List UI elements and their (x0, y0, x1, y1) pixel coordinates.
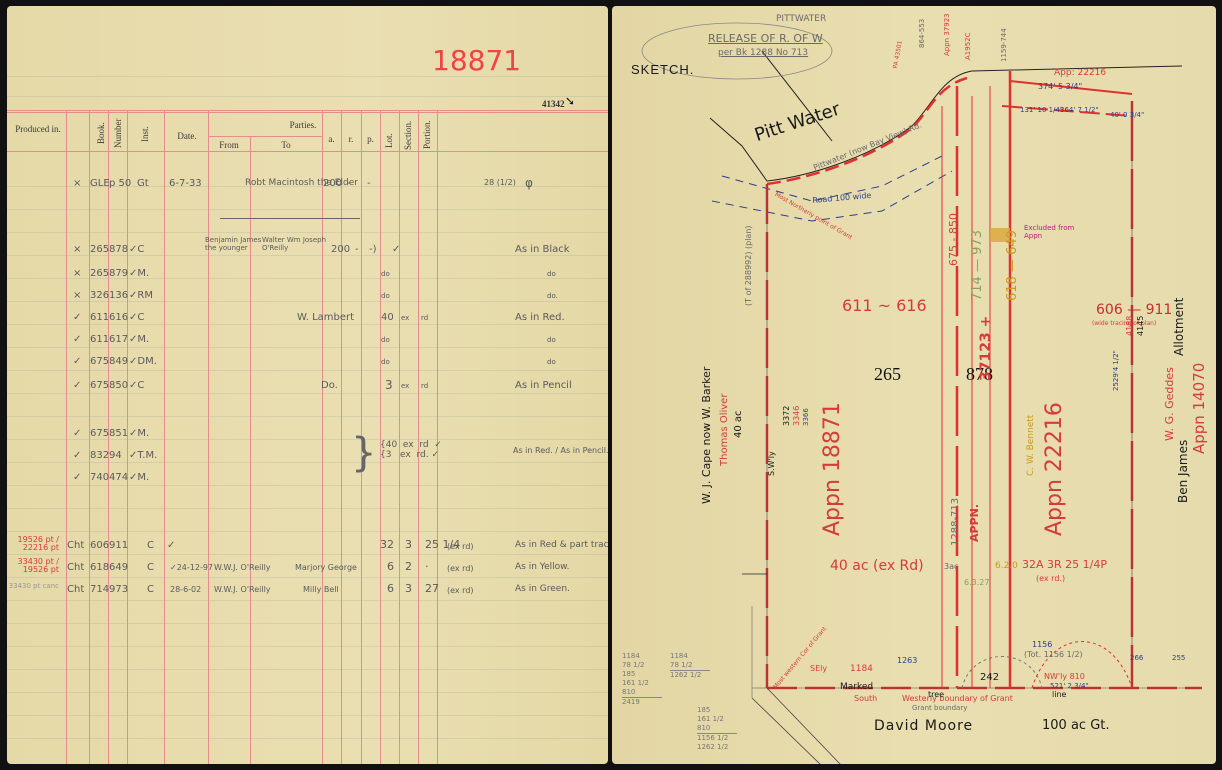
parcel-675-850: 675 - 850 (947, 213, 960, 266)
dim-3366: 3366 (802, 408, 810, 426)
david-moore-label: David Moore (874, 718, 973, 734)
ref-1159-744: 1159-744 (1000, 28, 1008, 62)
area-6-3-27: 6.3.27 (964, 578, 989, 587)
tree-label: tree (928, 690, 944, 699)
dim-364: 364' 7 1/2" (1060, 106, 1099, 114)
header-portion: Portion. (422, 120, 432, 150)
dim-131: 131' 10 1/4" (1020, 106, 1063, 114)
cape-barker-label: W. J. Cape now W. Barker (700, 367, 713, 504)
appn-22216-label: Appn 22216 (1042, 402, 1067, 536)
parcel-606-911: 606 — 911 (1096, 302, 1172, 318)
ex-rd-note: (ex rd.) (1036, 574, 1065, 583)
area-6-2-0: 6.2.0 (995, 561, 1018, 571)
calc-notes-c: 185 161 1/2 810 1156 1/2 1262 1/2 (697, 706, 737, 752)
header-produced-in: Produced in. (13, 124, 63, 134)
register-page-left: 18871 41342 ➘ Produced in. Book. Number … (7, 6, 608, 764)
dim-1156: 1156 (1032, 640, 1052, 649)
tof-note: (T of 288992) (plan) (744, 225, 753, 306)
dim-1263: 1263 (897, 656, 917, 665)
dim-242: 242 (980, 672, 999, 683)
header-book: Book. (96, 118, 106, 148)
appn-18871-label: Appn 18871 (820, 402, 845, 536)
header-number: Number (113, 116, 123, 150)
app-22216-top: App: 22216 (1054, 68, 1106, 78)
dim-2529: 2529'4 1/2" (1112, 350, 1120, 391)
west-40ac: 40 ac (733, 410, 744, 438)
appn-14070-label: Appn 14070 (1190, 363, 1208, 454)
ref-appn-37923: Appn 37923 (943, 13, 951, 56)
dim-4145: 4145 (1136, 316, 1145, 336)
header-date: Date. (167, 131, 207, 141)
header-section: Section. (403, 120, 413, 150)
arrow-icon: ➘ (565, 94, 575, 108)
grant-boundary-label: Grant boundary (912, 704, 967, 712)
thomas-oliver-label: Thomas Oliver (719, 394, 730, 466)
dim-3372: 3372 (782, 406, 791, 426)
dim-1184: 1184 (850, 664, 873, 674)
geddes-label: W. G. Geddes (1163, 367, 1176, 441)
acreage-40ac: 40 ac (ex Rd) (830, 558, 924, 574)
brace-acreage: {40 ex rd ✓ {3 ex rd. ✓ (380, 440, 442, 460)
south-label: South (854, 694, 877, 703)
ref-a1952c: A1952C (964, 33, 972, 61)
calc-notes-b: 1184 78 1/2 1262 1/2 (670, 652, 710, 680)
sketch-page-right: SKETCH. RELEASE OF R. OF W per Bk 1288 N… (612, 6, 1216, 764)
ref-1288-713: 1288-713 (950, 498, 961, 546)
parcel-618-649: 618 — 649 (1005, 230, 1020, 301)
ben-james-label: Ben James (1176, 440, 1190, 503)
header-p: p. (361, 134, 380, 144)
header-to: To (250, 140, 322, 150)
parcel-714-973: 714 — 973 (970, 230, 985, 301)
pittwater-top-label: PITTWATER (776, 14, 826, 24)
dim-266: 266 (1130, 654, 1143, 662)
release-note: RELEASE OF R. OF W (708, 32, 823, 45)
brace-icon: } (351, 430, 376, 476)
calc-notes-a: 1184 78 1/2 185 161 1/2 810 2419 (622, 652, 662, 707)
header-parties: Parties. (208, 120, 398, 130)
header-inst: Inst. (140, 122, 150, 146)
total-1156: (Tot. 1156 1/2) (1024, 650, 1083, 659)
parcel-37123: 37123 + (978, 316, 994, 381)
ref-864-553: 864-553 (918, 19, 926, 48)
appn-vertical-label: APPN. (968, 504, 981, 542)
sketch-title: SKETCH. (631, 62, 694, 77)
nw-810: NW'ly 810 (1044, 672, 1085, 681)
release-ref: per Bk 1288 No 713 (718, 48, 808, 58)
sely-label: SEly (810, 664, 827, 673)
allotment-label: Allotment (1172, 298, 1186, 356)
sw-label: S.W'ly (767, 451, 776, 476)
reference-number: 41342 (542, 99, 565, 109)
marked-label: Marked (840, 682, 873, 692)
westerly-boundary-label: Westerly boundary of Grant (902, 694, 1013, 703)
dim-255: 255 (1172, 654, 1185, 662)
grant-label: 100 ac Gt. (1042, 718, 1110, 733)
header-lot: Lot. (384, 131, 394, 151)
area-3ac: 3ac (944, 562, 958, 571)
register-number: 18871 (432, 44, 521, 77)
dim-40: 40' 0 3/4" (1110, 111, 1144, 119)
area-22216: 32A 3R 25 1/4P (1022, 558, 1107, 571)
dim-521: 521' 2 3/4" (1050, 682, 1089, 690)
c-w-bennett-label: C. W. Bennett (1026, 415, 1036, 476)
excluded-note: Excluded from Appn (1024, 224, 1084, 240)
parcel-265: 265 (874, 364, 901, 385)
dim-374: 374' 5 3/4" (1038, 82, 1082, 91)
line-label: line (1052, 690, 1066, 699)
header-r: r. (341, 134, 361, 144)
dim-4188: 4188 (1125, 316, 1134, 336)
dim-3346: 3346 (792, 406, 801, 426)
parcel-611-616: 611 ~ 616 (842, 296, 927, 315)
header-from: From (208, 140, 250, 150)
header-a: a. (322, 134, 341, 144)
